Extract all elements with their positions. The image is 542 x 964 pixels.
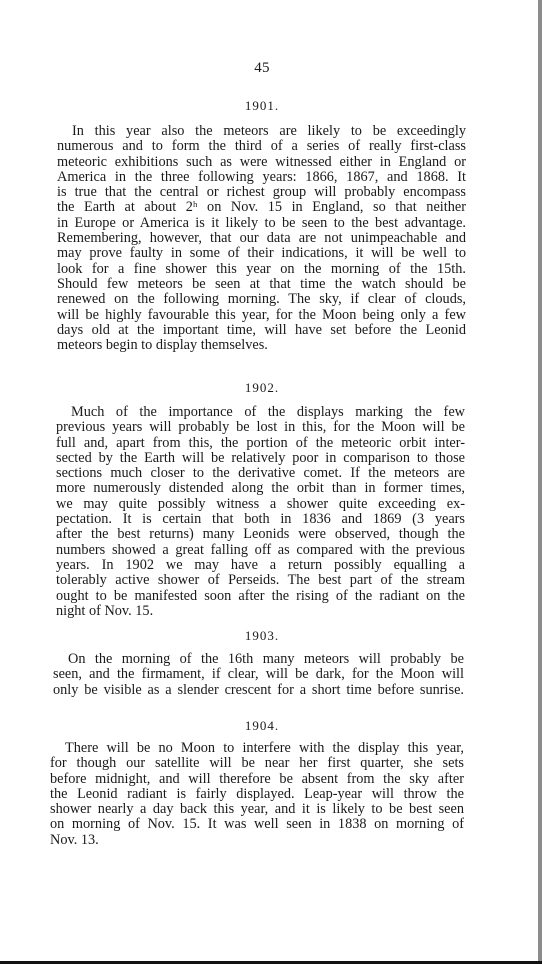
text-line: in Europe or America is it likely to be … bbox=[57, 216, 466, 231]
text-line: days old at the important time, will hav… bbox=[57, 323, 466, 338]
text-line: pectation. It is certain that both in 18… bbox=[56, 512, 465, 527]
text-line: night of Nov. 15. bbox=[56, 604, 465, 619]
text-line: before midnight, and will therefore be a… bbox=[50, 772, 464, 787]
text-line: for though our satellite will be near he… bbox=[50, 756, 464, 771]
text-line: will be highly favourable this year, for… bbox=[57, 308, 466, 323]
text-line: may prove faulty in some of their indica… bbox=[57, 246, 466, 261]
text-line: tolerably active shower of Perseids. The… bbox=[56, 573, 465, 588]
page-number: 45 bbox=[0, 60, 524, 77]
section-heading-1901: 1901. bbox=[0, 98, 524, 114]
text-line: seen, and the firmament, if clear, will … bbox=[53, 667, 464, 682]
paragraph-1902: Much of the importance of the displays m… bbox=[56, 405, 465, 619]
text-line: On the morning of the 16th many meteors … bbox=[53, 652, 464, 667]
text-line: full and, apart from this, the portion o… bbox=[56, 436, 465, 451]
text-line: sections much closer to the derivative c… bbox=[56, 466, 465, 481]
text-line: In this year also the meteors are likely… bbox=[57, 124, 466, 139]
paragraph-1904: There will be no Moon to interfere with … bbox=[50, 741, 464, 848]
text-line: previous years will probably be lost in … bbox=[56, 420, 465, 435]
text-line: sected by the Earth will be relatively p… bbox=[56, 451, 465, 466]
text-line: numbers showed a great falling off as co… bbox=[56, 543, 465, 558]
text-line: only be visible as a slender crescent fo… bbox=[53, 683, 464, 698]
section-heading-1903: 1903. bbox=[0, 628, 524, 644]
section-heading-1902: 1902. bbox=[0, 380, 524, 396]
text-line: years. In 1902 we may have a return poss… bbox=[56, 558, 465, 573]
text-line: numerous and to form the third of a seri… bbox=[57, 139, 466, 154]
text-line: is true that the central or richest grou… bbox=[57, 185, 466, 200]
paragraph-1901: In this year also the meteors are likely… bbox=[57, 124, 466, 353]
text-line: Should few meteors be seen at that time … bbox=[57, 277, 466, 292]
scan-edge-right bbox=[538, 0, 542, 964]
text-line: we may quite possibly witness a shower q… bbox=[56, 497, 465, 512]
text-line: look for a fine shower this year on the … bbox=[57, 262, 466, 277]
section-heading-1904: 1904. bbox=[0, 718, 524, 734]
text-line: meteoric exhibitions such as were witnes… bbox=[57, 155, 466, 170]
text-line: meteors begin to display themselves. bbox=[57, 338, 466, 353]
text-line: the Earth at about 2ʰ on Nov. 15 in Engl… bbox=[57, 200, 466, 215]
text-line: America in the three following years: 18… bbox=[57, 170, 466, 185]
text-line: Remembering, however, that our data are … bbox=[57, 231, 466, 246]
text-line: more numerously distended along the orbi… bbox=[56, 481, 465, 496]
text-line: shower nearly a day back this year, and … bbox=[50, 802, 464, 817]
document-page: 45 1901. In this year also the meteors a… bbox=[0, 0, 538, 961]
text-line: the Leonid radiant is fairly displayed. … bbox=[50, 787, 464, 802]
text-line: ought to be manifested soon after the ri… bbox=[56, 589, 465, 604]
paragraph-1903: On the morning of the 16th many meteors … bbox=[53, 652, 464, 698]
text-line: on morning of Nov. 15. It was well seen … bbox=[50, 817, 464, 832]
text-line: renewed on the following morning. The sk… bbox=[57, 292, 466, 307]
text-line: after the best returns) many Leonids wer… bbox=[56, 527, 465, 542]
text-line: There will be no Moon to interfere with … bbox=[50, 741, 464, 756]
text-line: Nov. 13. bbox=[50, 833, 464, 848]
text-line: Much of the importance of the displays m… bbox=[56, 405, 465, 420]
